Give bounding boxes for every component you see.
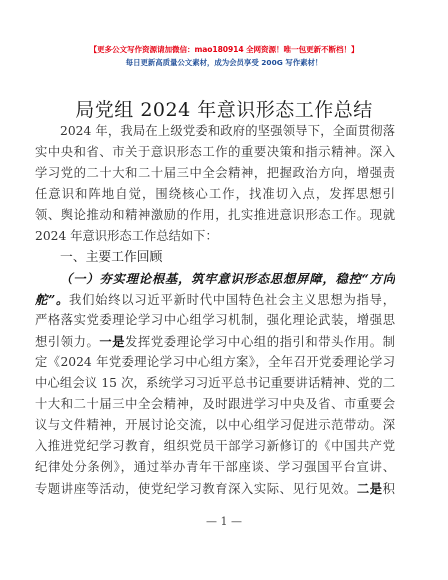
section-heading: 一、主要工作回顾 bbox=[35, 247, 395, 268]
document-title: 局党组 2024 年意识形态工作总结 bbox=[0, 95, 448, 122]
paragraph-line: 2024 年意识形态工作总结如下： bbox=[35, 226, 395, 247]
subsection-heading: （一）夯实理论根基，筑牢意识形态思想屏障，稳控“方向 bbox=[35, 268, 395, 289]
paragraph-text: 发挥党委理论学习中心组的指引和带头作用。制 bbox=[125, 335, 395, 349]
paragraph-line: 2024 年，我局在上级党委和政府的坚强领导下，全面贯彻落 bbox=[35, 121, 395, 142]
paragraph-line: 舵”。我们始终以习近平新时代中国特色社会主义思想为指导， bbox=[35, 289, 395, 310]
paragraph-line: 入推进党纪学习教育，组织党员干部学习新修订的《中国共产党 bbox=[35, 436, 395, 457]
paragraph-line: 定《2024 年党委理论学习中心组方案》，全年召开党委理论学习 bbox=[35, 352, 395, 373]
paragraph-line: 领、舆论推动和精神激励的作用，扎实推进意识形态工作。现就 bbox=[35, 205, 395, 226]
paragraph-line: 纪律处分条例》，通过举办青年干部座谈、学习强国平台宣讲、 bbox=[35, 457, 395, 478]
paragraph-line: 十大和二十届三中全会精神，及时跟进学习中央及省、市重要会 bbox=[35, 394, 395, 415]
paragraph-line: 实中央和省、市关于意识形态工作的重要决策和指示精神。深入 bbox=[35, 142, 395, 163]
promo-banner-wechat: 【更多公文写作资源请加微信：mao180914 全网资源！唯一包更新不断档！】 bbox=[0, 44, 448, 55]
paragraph-line: 专题讲座等活动，使党纪学习教育深入实际、见行见效。二是积 bbox=[35, 478, 395, 499]
paragraph-line: 任意识和阵地自觉，围绕核心工作，找准切入点，发挥思想引 bbox=[35, 184, 395, 205]
paragraph-text: 积 bbox=[383, 482, 395, 496]
paragraph-line: 议与文件精神，开展讨论交流，以中心组学习促进示范带动。深 bbox=[35, 415, 395, 436]
paragraph-text: 专题讲座等活动，使党纪学习教育深入实际、见行见效。 bbox=[35, 482, 357, 496]
subsection-heading-tail: 舵”。 bbox=[35, 292, 69, 307]
paragraph-text: 我们始终以习近平新时代中国特色社会主义思想为指导， bbox=[69, 293, 395, 307]
paragraph-line: 中心组会议 15 次，系统学习习近平总书记重要讲话精神、党的二 bbox=[35, 373, 395, 394]
paragraph-line: 学习党的二十大和二十届三中全会精神，把握政治方向，增强责 bbox=[35, 163, 395, 184]
point-marker: 一是 bbox=[99, 334, 125, 349]
paragraph-line: 想引领力。一是发挥党委理论学习中心组的指引和带头作用。制 bbox=[35, 331, 395, 352]
promo-banner-membership: 每日更新高质量公文素材，成为会员享受 200G 写作素材！ bbox=[0, 57, 448, 68]
paragraph-line: 严格落实党委理论学习中心组学习机制，强化理论武装，增强思 bbox=[35, 310, 395, 331]
page-number: — 1 — bbox=[0, 515, 448, 528]
document-body: 2024 年，我局在上级党委和政府的坚强领导下，全面贯彻落 实中央和省、市关于意… bbox=[35, 121, 395, 499]
point-marker: 二是 bbox=[357, 481, 383, 496]
subsection-heading-text: （一）夯实理论根基，筑牢意识形态思想屏障，稳控“方向 bbox=[60, 271, 395, 286]
paragraph-text: 想引领力。 bbox=[35, 335, 99, 349]
